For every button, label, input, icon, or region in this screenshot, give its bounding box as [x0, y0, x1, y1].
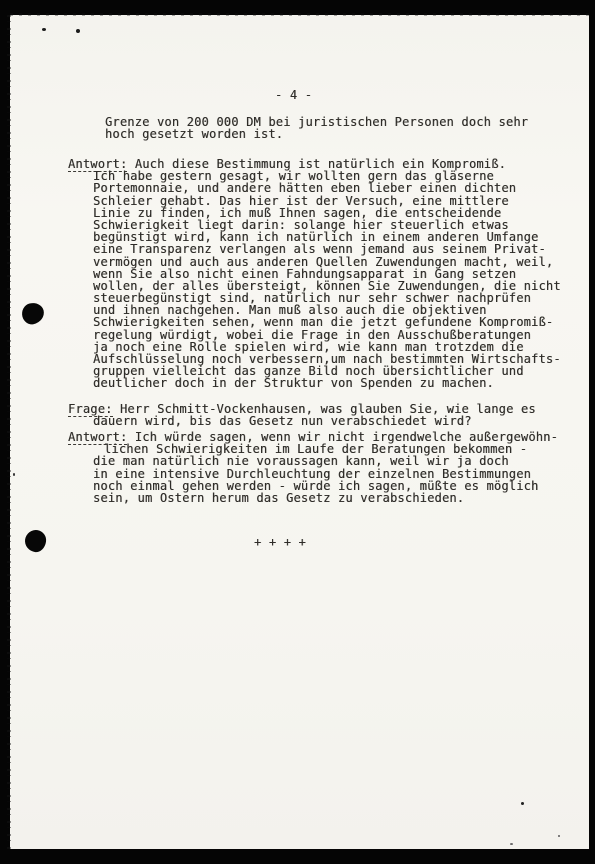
- text-line: sein, um Ostern herum das Gesetz zu vera…: [93, 492, 558, 504]
- text-line: die man natürlich nie voraussagen kann, …: [93, 455, 558, 467]
- text-line: Schleier gehabt. Das hier ist der Versuc…: [93, 195, 561, 207]
- document-page: - 4 - Grenze von 200 000 DM bei juristis…: [10, 15, 589, 849]
- paragraph: Grenze von 200 000 DM bei juristischen P…: [105, 116, 528, 140]
- paragraph: Antwort: Ich würde sagen, wenn wir nicht…: [68, 431, 558, 504]
- text-line: regelung würdigt, wobei die Frage in den…: [93, 329, 561, 341]
- end-mark: + + + +: [254, 536, 306, 548]
- document-body: Grenze von 200 000 DM bei juristischen P…: [10, 15, 589, 849]
- paragraph: Frage: Herr Schmitt-Vockenhausen, was gl…: [68, 403, 536, 427]
- text-line: Portemonnaie, und andere hätten eben lie…: [93, 182, 561, 194]
- text-line: hoch gesetzt worden ist.: [105, 128, 528, 140]
- text-line: Schwierigkeiten sehen, wenn man die jetz…: [93, 316, 561, 328]
- text-line: eine Transparenz verlangen als wenn jema…: [93, 243, 561, 255]
- paragraph: Antwort: Auch diese Bestimmung ist natür…: [68, 158, 561, 390]
- text-line: in eine intensive Durchleuchtung der ein…: [93, 468, 558, 480]
- text-line: deutlicher doch in der Struktur von Spen…: [93, 377, 561, 389]
- text-line: dauern wird, bis das Gesetz nun verabsch…: [93, 415, 536, 427]
- text-line: vermögen und auch aus anderen Quellen Zu…: [93, 256, 561, 268]
